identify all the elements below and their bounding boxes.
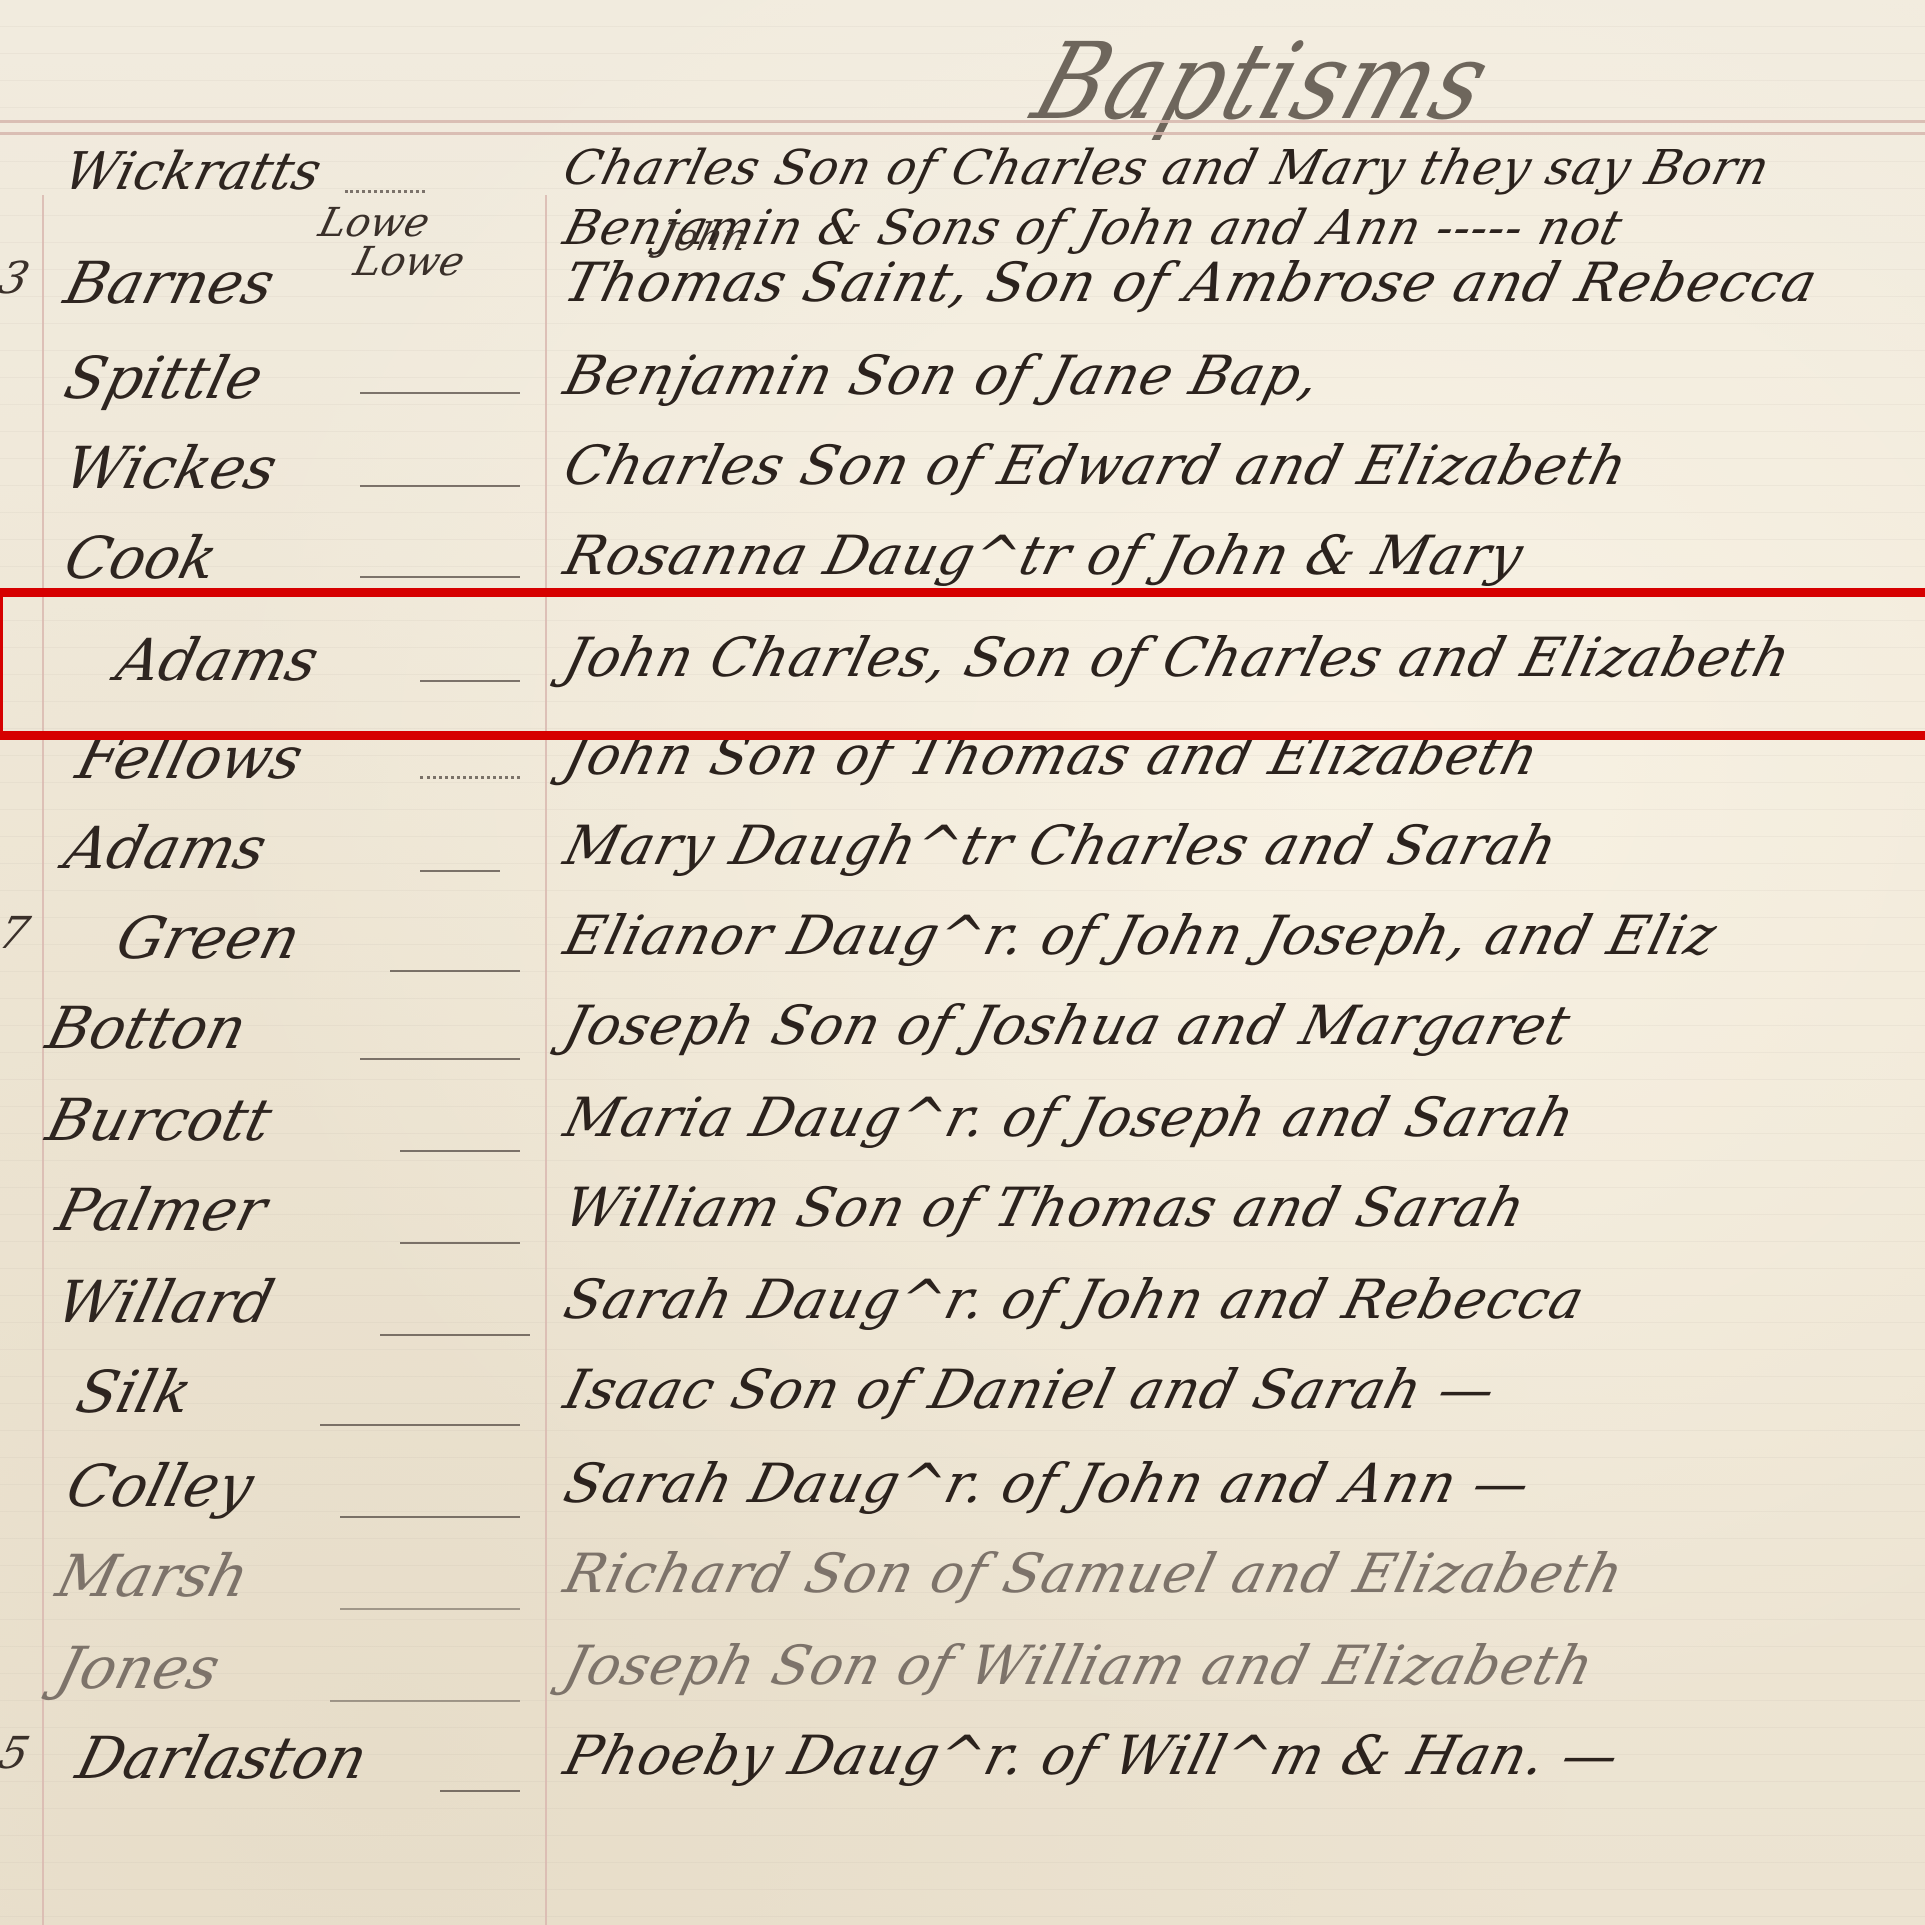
entry-dash (420, 776, 520, 781)
entry-names: John Charles, Son of Charles and Elizabe… (558, 626, 1798, 689)
entry-dash (360, 1058, 520, 1060)
entry-names: Joseph Son of Joshua and Margaret (558, 994, 1577, 1057)
entry-dash (360, 392, 520, 394)
entry-dash (345, 190, 425, 196)
entry-dash (340, 1516, 520, 1518)
entry-dash (390, 970, 520, 972)
page-heading: Baptisms (1020, 20, 1505, 143)
entry-surname: Colley (60, 1452, 260, 1520)
entry-surname: Palmer (50, 1176, 274, 1244)
register-entry: 5 Darlaston Phoeby Daug^r. of Will^m & H… (0, 1718, 1925, 1808)
entry-surname: Silk (70, 1358, 199, 1426)
entry-surname: Willard (50, 1268, 281, 1336)
register-entry: Burcott Maria Daug^r. of Joseph and Sara… (0, 1080, 1925, 1170)
register-entry: Marsh Richard Son of Samuel and Elizabet… (0, 1536, 1925, 1626)
entry-dash (360, 576, 520, 578)
entry-surname: Spittle (58, 344, 270, 412)
entry-surname: Fellows (70, 724, 310, 792)
entry-names: Charles Son of Charles and Mary they say… (558, 140, 1776, 196)
entry-names: William Son of Thomas and Sarah (558, 1176, 1532, 1239)
register-page: Baptisms Wickratts Charles Son of Charle… (0, 0, 1925, 1925)
entry-names: Benjamin Son of Jane Bap, (558, 344, 1327, 407)
entry-surname: Jones (50, 1634, 227, 1702)
entry-dash (420, 870, 500, 872)
entry-dash (440, 1790, 520, 1792)
entry-dash (320, 1424, 520, 1426)
margin-number: 5 (0, 1728, 34, 1779)
entry-surname-note: Lowe (349, 239, 469, 285)
entry-dash (400, 1150, 520, 1152)
register-entry: Colley Sarah Daug^r. of John and Ann — (0, 1444, 1925, 1534)
register-entry: 7 Green Elianor Daug^r. of John Joseph, … (0, 898, 1925, 988)
register-entry: Cook Rosanna Daug^tr of John & Mary (0, 520, 1925, 610)
register-entry: Wickes Charles Son of Edward and Elizabe… (0, 430, 1925, 520)
margin-number: 7 (0, 908, 34, 959)
entry-names: Maria Daug^r. of Joseph and Sarah (558, 1086, 1582, 1149)
entry-names: Rosanna Daug^tr of John & Mary (558, 524, 1530, 587)
entry-dash (380, 1334, 530, 1336)
entry-surname: Wickes (58, 434, 284, 502)
register-entry: Jones Joseph Son of William and Elizabet… (0, 1628, 1925, 1718)
entry-surname: Marsh (50, 1542, 256, 1610)
register-entry: Adams Mary Daugh^tr Charles and Sarah (0, 808, 1925, 898)
entry-dash (360, 485, 520, 487)
entry-surname: Adams (110, 626, 325, 694)
entry-names: Charles Son of Edward and Elizabeth (558, 434, 1634, 497)
entry-dash (340, 1608, 520, 1610)
header-rule-top (0, 120, 1925, 123)
entry-dash (330, 1700, 520, 1702)
register-entry-highlighted: Adams John Charles, Son of Charles and E… (0, 618, 1925, 708)
header-rule-bottom (0, 132, 1925, 135)
entry-surname: Green (110, 904, 307, 972)
entry-names: Mary Daugh^tr Charles and Sarah (558, 814, 1564, 877)
entry-names: Phoeby Daug^r. of Will^m & Han. — (558, 1724, 1626, 1787)
entry-dash (420, 680, 520, 682)
register-entry: 3 Barnes Lowe John Thomas Saint, Son of … (0, 245, 1925, 335)
entry-names: Isaac Son of Daniel and Sarah — (558, 1358, 1502, 1421)
register-entry: Spittle Benjamin Son of Jane Bap, (0, 340, 1925, 430)
entry-names: Thomas Saint, Son of Ambrose and Rebecca (558, 251, 1824, 314)
entry-surname: Adams (58, 814, 273, 882)
entry-surname: Burcott (40, 1086, 279, 1154)
entry-names: Joseph Son of William and Elizabeth (558, 1634, 1601, 1697)
entry-surname: Barnes (58, 249, 281, 317)
entry-dash (400, 1242, 520, 1244)
entry-surname: Darlaston (70, 1724, 374, 1792)
register-entry: Botton Joseph Son of Joshua and Margaret (0, 988, 1925, 1078)
entry-names: Elianor Daug^r. of John Joseph, and Eliz (558, 904, 1724, 967)
margin-number: 3 (0, 253, 34, 304)
entry-surname: Cook (58, 524, 224, 592)
register-entry: Palmer William Son of Thomas and Sarah (0, 1170, 1925, 1260)
entry-names: Sarah Daug^r. of John and Ann — (558, 1452, 1537, 1515)
entry-surname: Wickratts (58, 142, 327, 202)
entry-names: Sarah Daug^r. of John and Rebecca (558, 1268, 1591, 1331)
entry-names: John Son of Thomas and Elizabeth (558, 724, 1546, 787)
register-entry: Fellows John Son of Thomas and Elizabeth (0, 718, 1925, 808)
entry-surname: Botton (40, 994, 253, 1062)
register-entry: Willard Sarah Daug^r. of John and Rebecc… (0, 1262, 1925, 1352)
register-entry: Silk Isaac Son of Daniel and Sarah — (0, 1352, 1925, 1442)
entry-names: Richard Son of Samuel and Elizabeth (558, 1542, 1630, 1605)
